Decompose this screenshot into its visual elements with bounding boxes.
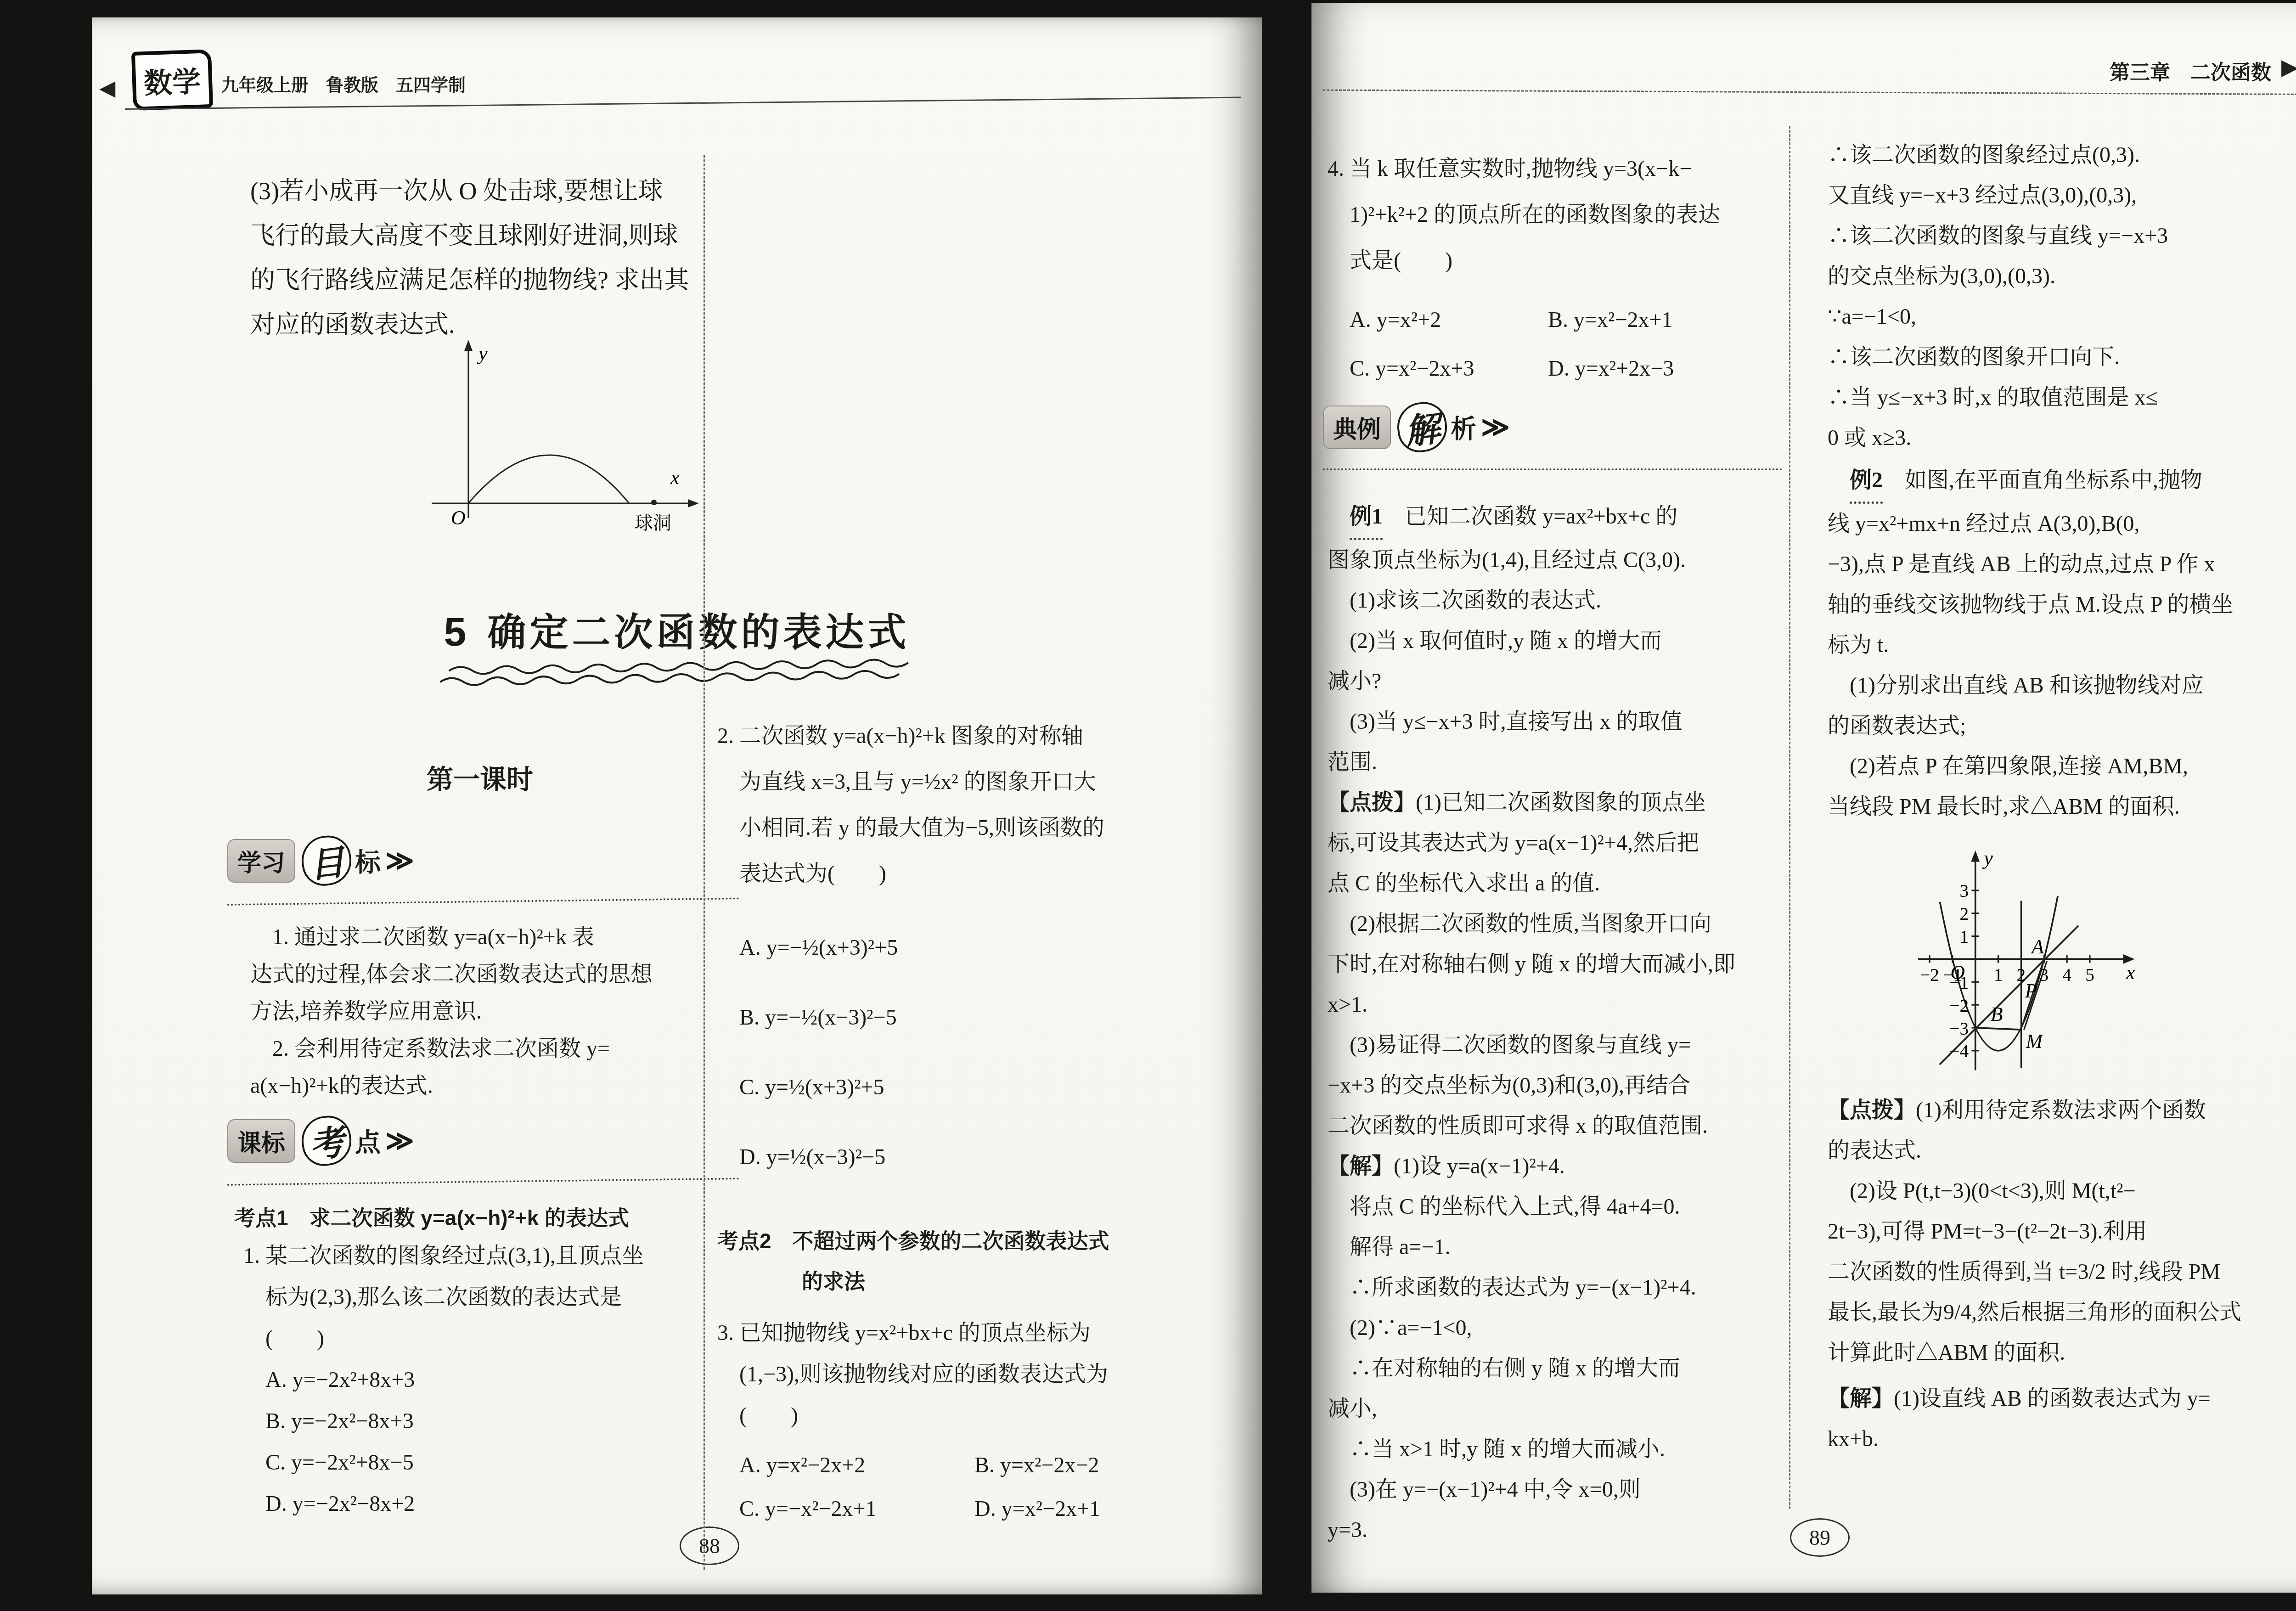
example-1-label: 例1	[1350, 496, 1383, 540]
text-line: 减小?	[1328, 661, 1787, 702]
example-1-block: 例1 已知二次函数 y=ax²+bx+c 的 图象顶点坐标为(1,4),且经过点…	[1328, 496, 1787, 1550]
option-line: D. y=x²+2x−3	[1548, 344, 1674, 393]
example-2-heading: 例2 如图,在平面直角坐标系中,抛物	[1828, 460, 2296, 504]
text-line: 下时,在对称轴右侧 y 随 x 的增大而减小,即	[1328, 944, 1787, 985]
text-line: ∴该二次函数的图象经过点(0,3).	[1828, 135, 2296, 175]
math-logo-badge: 数学	[131, 49, 213, 111]
text-line: (2)若点 P 在第四象限,连接 AM,BM,	[1828, 746, 2296, 787]
x-axis-arrow	[688, 499, 699, 507]
text-line: (1)求该二次函数的表达式.	[1328, 580, 1787, 621]
text-line: x>1.	[1328, 985, 1787, 1025]
page-number: 89	[1809, 1526, 1830, 1550]
text-line: 的交点坐标为(3,0),(0,3).	[1828, 256, 2296, 297]
point-A-label: A	[2030, 936, 2044, 958]
x-axis-label: x	[670, 466, 680, 489]
hole-point	[651, 500, 657, 505]
text-line: 0 或 x≥3.	[1828, 418, 2296, 458]
left-arrow-icon: ◀	[99, 75, 115, 100]
text-line: (1)利用待定系数法求两个函数	[1916, 1090, 2206, 1131]
learning-goals-block: 1. 通过求二次函数 y=a(x−h)²+k 表 达式的过程,体会求二次函数表达…	[250, 918, 751, 1104]
logo-text: 数学	[143, 58, 201, 101]
option-line: D. y=−2x²−8x+2	[243, 1483, 744, 1525]
point-M-label: M	[2026, 1031, 2044, 1053]
badge-dotted-rule	[1323, 468, 1782, 470]
y-tick-label: −4	[1949, 1041, 1969, 1061]
solution-continuation-block: ∴该二次函数的图象经过点(0,3). 又直线 y=−x+3 经过点(3,0),(…	[1828, 135, 2296, 458]
jie-label: 【解】	[1828, 1379, 1894, 1419]
text-line: 4. 当 k 取任意实数时,抛物线 y=3(x−k−	[1328, 146, 1787, 192]
answer-blank: 式是( )	[1328, 238, 1787, 284]
text-line: (1)设直线 AB 的函数表达式为 y=	[1894, 1379, 2211, 1419]
text-line: (2)根据二次函数的性质,当图象开口向	[1328, 904, 1787, 944]
point-P-label: P	[2025, 980, 2037, 1002]
text-line: 将点 C 的坐标代入上式,得 4a+4=0.	[1328, 1187, 1787, 1227]
text-line: −x+3 的交点坐标为(0,3)和(3,0),再结合	[1328, 1065, 1787, 1106]
text-line: ∴该二次函数的图象与直线 y=−x+3	[1828, 216, 2296, 256]
y-axis-label: y	[477, 342, 488, 365]
example-2-solution-block: 【解】(1)设直线 AB 的函数表达式为 y= kx+b.	[1828, 1379, 2296, 1459]
dianbo-label: 【点拨】	[1828, 1090, 1916, 1131]
answer-blank: ( )	[717, 1395, 1245, 1436]
option-line: C. y=−2x²+8x−5	[243, 1442, 744, 1483]
example-2-analysis-block: 【点拨】(1)利用待定系数法求两个函数 的表达式. (2)设 P(t,t−3)(…	[1828, 1090, 2296, 1373]
segment-BM	[1975, 1028, 2021, 1030]
chevrons-icon: ≫	[1481, 411, 1508, 443]
text-line: 为直线 x=3,且与 y=½x² 的图象开口大	[717, 759, 1245, 805]
option-row: A. y=x²+2 B. y=x²−2x+1	[1328, 296, 1787, 344]
option-line: C. y=½(x+3)²+5	[717, 1053, 1245, 1122]
coordinate-graph: −2 −1 1 2 3 4 5 3 2 1 −1 −2 −3 −4 O x y …	[1904, 829, 2152, 1077]
column-divider	[1789, 126, 1790, 1509]
problem-2-block: 2. 二次函数 y=a(x−h)²+k 图象的对称轴 为直线 x=3,且与 y=…	[717, 713, 1245, 897]
right-arrow-icon: ▶	[2281, 54, 2296, 80]
text-line: 2. 二次函数 y=a(x−h)²+k 图象的对称轴	[717, 713, 1245, 759]
text-line: 的表达式.	[1828, 1131, 2296, 1171]
text-line: 考点2 不超过两个参数的二次函数表达式	[717, 1221, 1245, 1261]
y-tick-label: −3	[1949, 1019, 1969, 1039]
section-title-row: 5确定二次函数的表达式	[92, 602, 1262, 657]
option-line: D. y=½(x−3)²−5	[717, 1122, 1245, 1192]
example-analysis-badge: 典例 解 析 ≫	[1323, 402, 1508, 452]
x-tick-label: 1	[1994, 965, 2003, 985]
text-line: (2)设 P(t,t−3)(0<t<3),则 M(t,t²−	[1828, 1171, 2296, 1211]
example-1-heading: 例1 已知二次函数 y=ax²+bx+c 的	[1328, 496, 1787, 540]
text-line: 飞行的最大高度不变且球刚好进洞,则球	[250, 214, 746, 258]
page-number-oval: 89	[1790, 1518, 1850, 1557]
text-line: 2. 会利用待定系数法求二次函数 y=	[250, 1030, 751, 1067]
text-line: 2t−3),可得 PM=t−3−(t²−2t−3).利用	[1828, 1211, 2296, 1252]
page-number: 88	[699, 1534, 720, 1558]
goal-badge-box: 学习	[227, 839, 295, 883]
text-line: −3),点 P 是直线 AB 上的动点,过点 P 作 x	[1828, 544, 2296, 585]
text-line: 解得 a=−1.	[1328, 1227, 1787, 1267]
header-rule	[125, 97, 1241, 110]
text-line: ∵a=−1<0,	[1828, 297, 2296, 337]
exam-badge-rest: 点	[355, 1122, 381, 1159]
analysis-heading: 【点拨】(1)已知二次函数图象的顶点坐	[1328, 783, 1787, 823]
text-line: 又直线 y=−x+3 经过点(3,0),(0,3),	[1828, 175, 2296, 216]
option-line: B. y=x²−2x−2	[974, 1443, 1099, 1487]
option-line: A. y=x²+2	[1328, 296, 1548, 344]
text-line: 减小,	[1328, 1389, 1787, 1429]
badge-dotted-rule	[227, 1177, 739, 1186]
chapter-header: 第三章 二次函数	[1977, 56, 2271, 85]
point-B-label: B	[1991, 1003, 2003, 1025]
goal-badge: 学习 目 标 ≫	[227, 836, 412, 885]
text-line: y=3.	[1328, 1510, 1787, 1550]
answer-blank: ( )	[243, 1318, 744, 1359]
page-left: ◀ 数学 九年级上册 鲁教版 五四学制 (3)若小成再一次从 O 处击球,要想让…	[92, 17, 1262, 1594]
ball-flight-parabola	[468, 455, 629, 503]
x-tick-label: 5	[2085, 965, 2094, 985]
problem-1-block: 1. 某二次函数的图象经过点(3,1),且顶点坐 标为(2,3),那么该二次函数…	[243, 1235, 744, 1525]
exam-points-badge: 课标 考 点 ≫	[227, 1116, 412, 1166]
problem-4-block: 4. 当 k 取任意实数时,抛物线 y=3(x−k− 1)²+k²+2 的顶点所…	[1328, 146, 1787, 284]
text-line: (2)当 x 取何值时,y 随 x 的增大而	[1328, 621, 1787, 661]
option-line: D. y=x²−2x+1	[974, 1487, 1100, 1531]
text-line: ∴该二次函数的图象开口向下.	[1828, 337, 2296, 377]
exam-badge-box: 课标	[227, 1119, 295, 1163]
text-line: 点 C 的坐标代入求出 a 的值.	[1328, 863, 1787, 904]
text-line: 当线段 PM 最长时,求△ABM 的面积.	[1828, 787, 2296, 827]
example-2-block: 例2 如图,在平面直角坐标系中,抛物 线 y=x²+mx+n 经过点 A(3,0…	[1828, 460, 2296, 827]
text-line: (3)当 y≤−x+3 时,直接写出 x 的取值	[1328, 702, 1787, 742]
kaodian2-heading: 考点2 不超过两个参数的二次函数表达式 的求法	[717, 1221, 1245, 1301]
text-line: 最长,最长为9/4,然后根据三角形的面积公式	[1828, 1292, 2296, 1333]
goal-badge-rest: 标	[355, 842, 381, 879]
origin-label: O	[1950, 962, 1965, 984]
text-line: 1. 通过求二次函数 y=a(x−h)²+k 表	[250, 918, 751, 956]
dianbo-label: 【点拨】	[1328, 783, 1416, 823]
text-line: 图象顶点坐标为(1,4),且经过点 C(3,0).	[1328, 540, 1787, 580]
option-line: B. y=−½(x−3)²−5	[717, 983, 1245, 1053]
text-line: 范围.	[1328, 742, 1787, 783]
y-tick-label: 2	[1959, 904, 1969, 924]
x-tick-label: −2	[1920, 965, 1939, 985]
text-line: (1)已知二次函数图象的顶点坐	[1416, 783, 1706, 823]
solution-heading: 【解】(1)设直线 AB 的函数表达式为 y=	[1828, 1379, 2296, 1419]
x-tick-label: 2	[2017, 965, 2026, 985]
text-line: 标,可设其表达式为 y=a(x−1)²+4,然后把	[1328, 823, 1787, 863]
x-tick-label: 4	[2062, 965, 2071, 985]
problem-2-options: A. y=−½(x+3)²+5 B. y=−½(x−3)²−5 C. y=½(x…	[717, 913, 1245, 1192]
option-line: C. y=x²−2x+3	[1328, 344, 1548, 393]
header-rule	[1322, 90, 2296, 95]
text-line: 二次函数的性质得到,当 t=3/2 时,线段 PM	[1828, 1252, 2296, 1292]
text-line: 的飞行路线应满足怎样的抛物线? 求出其	[250, 258, 746, 303]
option-row: C. y=−x²−2x+1 D. y=x²−2x+1	[717, 1487, 1245, 1531]
y-axis-arrow	[1971, 851, 1980, 862]
text-line: (1)设 y=a(x−1)²+4.	[1394, 1146, 1565, 1187]
text-line: 已知二次函数 y=ax²+bx+c 的	[1383, 496, 1677, 537]
text-line: ∴当 x>1 时,y 随 x 的增大而减小.	[1328, 1429, 1787, 1470]
badge-dotted-rule	[227, 897, 739, 906]
problem-3-block: (3)若小成再一次从 O 处击球,要想让球 飞行的最大高度不变且球刚好进洞,则球…	[250, 169, 746, 347]
option-line: C. y=−x²−2x+1	[717, 1487, 974, 1531]
column-divider	[703, 155, 705, 1570]
text-line: kx+b.	[1828, 1419, 2296, 1459]
origin-label: O	[451, 507, 466, 529]
example-2-label: 例2	[1850, 460, 1883, 504]
wavy-underline	[439, 653, 917, 693]
jie-label: 【解】	[1328, 1146, 1394, 1187]
y-tick-label: 3	[1959, 881, 1969, 901]
y-tick-label: 1	[1959, 927, 1969, 947]
text-line: (3)若小成再一次从 O 处击球,要想让球	[250, 169, 746, 214]
option-line: B. y=x²−2x+1	[1548, 296, 1673, 344]
goal-badge-big-char: 目	[299, 833, 354, 888]
text-line: (2)∵a=−1<0,	[1328, 1308, 1787, 1348]
text-line: ∴当 y≤−x+3 时,x 的取值范围是 x≤	[1828, 377, 2296, 418]
text-line: 线 y=x²+mx+n 经过点 A(3,0),B(0,	[1828, 504, 2296, 544]
example-badge-box: 典例	[1323, 406, 1391, 449]
text-line: 达式的过程,体会求二次函数表达式的思想	[250, 956, 751, 993]
text-line: (1,−3),则该抛物线对应的函数表达式为	[717, 1354, 1245, 1395]
text-line: (1)分别求出直线 AB 和该抛物线对应	[1828, 665, 2296, 706]
y-axis-arrow	[464, 340, 473, 351]
text-line: 1)²+k²+2 的顶点所在的函数图象的表达	[1328, 192, 1787, 238]
example-badge-big-char: 解	[1395, 400, 1450, 455]
exam-badge-big-char: 考	[299, 1113, 354, 1168]
text-line: 的函数表达式;	[1828, 706, 2296, 746]
chevrons-icon: ≫	[385, 845, 412, 877]
text-line: 表达式为( )	[717, 851, 1245, 897]
text-line: (3)在 y=−(x−1)²+4 中,令 x=0,则	[1328, 1470, 1787, 1510]
option-line: A. y=−2x²+8x+3	[243, 1359, 744, 1401]
golf-diagram: y x O 球洞	[413, 334, 716, 536]
analysis-heading: 【点拨】(1)利用待定系数法求两个函数	[1828, 1090, 2296, 1131]
y-tick-label: −2	[1949, 996, 1969, 1016]
text-line: a(x−h)²+k的表达式.	[250, 1067, 751, 1104]
x-axis-label: x	[2126, 962, 2135, 984]
lesson-subtitle: 第一课时	[250, 758, 709, 796]
text-line: ∴在对称轴的右侧 y 随 x 的增大而	[1328, 1348, 1787, 1389]
problem-4-options: A. y=x²+2 B. y=x²−2x+1 C. y=x²−2x+3 D. y…	[1328, 296, 1787, 393]
page-number-oval: 88	[680, 1527, 739, 1565]
problem-3b-options: A. y=x²−2x+2 B. y=x²−2x−2 C. y=−x²−2x+1 …	[717, 1443, 1245, 1531]
text-line: ∴所求函数的表达式为 y=−(x−1)²+4.	[1328, 1267, 1787, 1308]
x-tick-label: 3	[2039, 965, 2048, 985]
text-line: 标为(2,3),那么该二次函数的表达式是	[243, 1277, 744, 1318]
text-line: 计算此时△ABM 的面积.	[1828, 1333, 2296, 1373]
text-line: 小相同.若 y 的最大值为−5,则该函数的	[717, 805, 1245, 851]
chevrons-icon: ≫	[385, 1125, 412, 1157]
y-axis-label: y	[1982, 847, 1993, 869]
text-line: 1. 某二次函数的图象经过点(3,1),且顶点坐	[243, 1235, 744, 1277]
page-right: 第三章 二次函数 ▶ 4. 当 k 取任意实数时,抛物线 y=3(x−k− 1)…	[1311, 3, 2296, 1593]
text-line: 标为 t.	[1828, 625, 2296, 665]
option-line: A. y=−½(x+3)²+5	[717, 913, 1245, 983]
kaodian1-heading: 考点1 求二次函数 y=a(x−h)²+k 的表达式	[234, 1201, 748, 1232]
problem-3b-block: 3. 已知抛物线 y=x²+bx+c 的顶点坐标为 (1,−3),则该抛物线对应…	[717, 1312, 1245, 1436]
example-badge-rest: 析	[1451, 409, 1476, 445]
text-line: 的求法	[717, 1261, 1245, 1301]
text-line: 轴的垂线交该抛物线于点 M.设点 P 的横坐	[1828, 585, 2296, 625]
text-line: 方法,培养数学应用意识.	[250, 993, 751, 1030]
solution-heading: 【解】(1)设 y=a(x−1)²+4.	[1328, 1146, 1787, 1187]
text-line: 如图,在平面直角坐标系中,抛物	[1883, 460, 2202, 501]
text-line: 3. 已知抛物线 y=x²+bx+c 的顶点坐标为	[717, 1312, 1245, 1354]
option-row: A. y=x²−2x+2 B. y=x²−2x−2	[717, 1443, 1245, 1487]
text-line: 二次函数的性质即可求得 x 的取值范围.	[1328, 1106, 1787, 1146]
option-line: A. y=x²−2x+2	[717, 1443, 974, 1487]
section-number: 5	[444, 609, 467, 654]
section-title: 确定二次函数的表达式	[487, 611, 910, 654]
option-line: B. y=−2x²−8x+3	[243, 1401, 744, 1442]
text-line: (3)易证得二次函数的图象与直线 y=	[1328, 1025, 1787, 1065]
hole-label: 球洞	[635, 513, 671, 533]
edition-label: 九年级上册 鲁教版 五四学制	[221, 71, 466, 96]
option-row: C. y=x²−2x+3 D. y=x²+2x−3	[1328, 344, 1787, 393]
